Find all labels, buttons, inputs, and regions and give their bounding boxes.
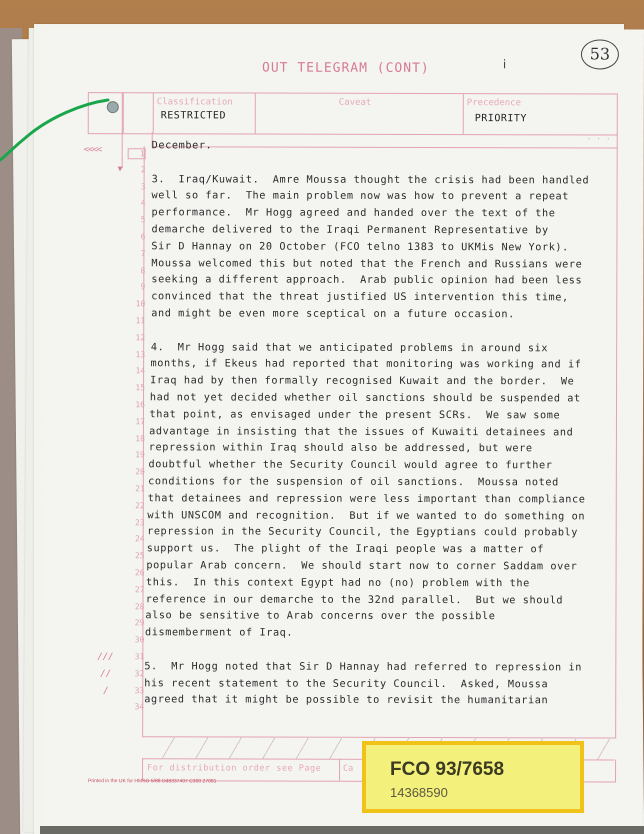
text-line: and might be even more sceptical on a fu… [151,308,515,320]
text-line: doubtful whether the Security Council wo… [148,459,552,471]
caveat-label: Caveat [339,98,372,108]
text-line: repression within Iraq should also be ad… [149,443,533,455]
faint-reference: · · · [587,134,611,143]
margin-cell [123,93,154,133]
tag-string [0,90,110,170]
line-number: 25 [129,551,145,560]
line-number: 22 [129,501,145,510]
archive-sticker: FCO 93/7658 14368590 [362,741,584,813]
line-number: 5 [129,215,145,224]
text-line: 5. Mr Hogg noted that Sir D Hannay had r… [144,661,582,673]
archive-image-id: 14368590 [390,785,448,800]
text-line: that point, as envisaged under the prese… [149,409,560,421]
line-number: 31 [128,652,144,661]
line-number: 8 [129,266,145,275]
line-number: 29 [128,619,144,628]
printer-note: Printed in the UK for HMSO 5/88 Dd833740… [88,778,216,784]
classification-cell: Classification RESTRICTED [153,93,256,133]
precedence-label: Precedence [467,98,521,108]
text-line: support us. The plight of the Iraqi peop… [147,543,544,555]
text-line: seeking a different approach. Arab publi… [151,275,582,287]
text-line: demarche delivered to the Iraqi Permanen… [151,224,548,236]
line-number: 3 [130,182,146,191]
text-line: this. In this context Egypt had no (no) … [146,577,530,589]
margin-rule [122,92,123,168]
line-number: 6 [129,232,145,241]
text-line: with UNSCOM and recognition. But if we w… [147,510,585,522]
line-number: 4 [130,199,146,208]
text-line: reference in our demarche to the 32nd pa… [146,594,564,606]
line-number: 24 [129,535,145,544]
line-number: 20 [129,467,145,476]
text-line: agreed that it might be possible to revi… [144,695,548,707]
text-line: popular Arab concern. We should start no… [146,560,577,572]
margin-slash-mark: / [103,686,108,696]
text-line: 4. Mr Hogg said that we anticipated prob… [151,342,548,354]
line-number: 9 [129,283,145,292]
line-number: 1 [128,148,146,159]
line-number: 19 [129,451,145,460]
text-line: his recent statement to the Security Cou… [144,678,548,690]
precedence-cell: Precedence PRIORITY [463,94,616,134]
telegram-page: 53 ⅰ OUT TELEGRAM (CONT) Classification … [46,28,644,834]
distribution-second-label: Ca [343,764,353,774]
header-box: Classification RESTRICTED Caveat Precede… [88,92,618,135]
desk-edge [40,826,644,834]
line-number: 12 [129,333,145,342]
text-line: convinced that the threat justified US i… [151,291,569,303]
line-number: 17 [129,417,145,426]
text-line: Sir D Hannay on 20 October (FCO telno 13… [151,241,569,253]
classification-label: Classification [157,97,233,107]
text-line: had not yet decided whether oil sanction… [150,392,581,404]
line-number: 23 [129,518,145,527]
text-line: performance. Mr Hogg agreed and handed o… [152,207,556,219]
text-line: December. [152,140,213,151]
text-line: repression in the Security Council, the … [147,527,578,539]
line-number: 13 [129,350,145,359]
text-line: 3. Iraq/Kuwait. Amre Moussa thought the … [152,174,590,186]
line-number: 10 [129,299,145,308]
text-line: also be sensitive to Arab concerns over … [145,611,495,623]
line-number: 27 [129,585,145,594]
archive-reference: FCO 93/7658 [390,759,504,781]
line-number: 32 [128,669,144,678]
text-line: Iraq had by then formally recognised Kuw… [150,375,574,387]
precedence-value: PRIORITY [475,113,527,124]
line-number: 11 [129,316,145,325]
line-number: 30 [128,635,144,644]
line-number: 2 [130,165,146,174]
page-title: OUT TELEGRAM (CONT) [48,60,644,77]
line-number: 33 [128,686,144,695]
line-number: 21 [129,484,145,493]
line-number: 18 [129,434,145,443]
line-number: 14 [129,367,145,376]
classification-value: RESTRICTED [161,110,226,121]
text-line: months, if Ekeus had reported that monit… [151,359,582,371]
line-number: 16 [129,400,145,409]
text-line: dismemberment of Iraq. [145,627,293,638]
margin-slash-mark: // [100,669,111,679]
arrow-down-icon: ▼ [118,164,123,173]
line-number: 7 [129,249,145,258]
text-line: that detainees and repression were less … [148,493,586,505]
line-number: 34 [128,703,144,712]
distribution-label: For distribution order see Page [147,763,321,773]
line-number: 15 [129,383,145,392]
text-line: well so far. The main problem now was ho… [152,191,570,203]
line-number: 26 [129,568,145,577]
line-number: 28 [128,602,144,611]
text-line: conditions for the suspension of oil san… [148,476,559,488]
text-line: advantage in insisting that the issues o… [149,426,573,438]
margin-slash-mark: /// [97,652,113,662]
distribution-divider [339,759,340,781]
caveat-cell: Caveat [255,94,464,135]
text-line: Moussa welcomed this but noted that the … [151,258,582,270]
